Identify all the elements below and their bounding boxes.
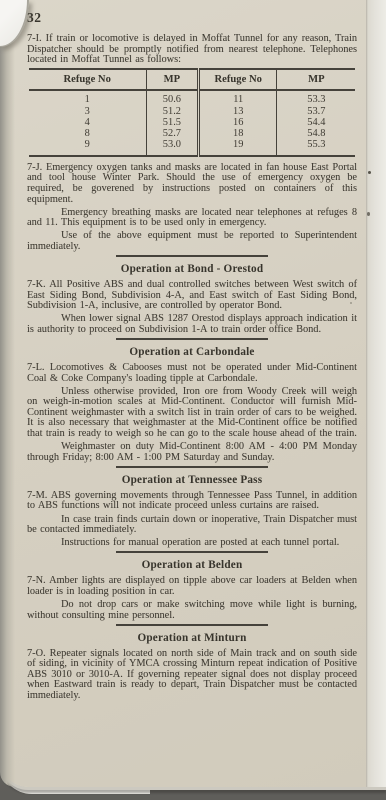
table-cell: 8 <box>29 128 147 139</box>
col-header-refuge-no-1: Refuge No <box>29 69 147 90</box>
heading-tennessee-pass: Operation at Tennessee Pass <box>27 474 357 486</box>
para-7j-2: Emergency breathing masks are located ne… <box>27 208 357 229</box>
table-cell: 19 <box>199 139 277 155</box>
para-7j-1: 7-J. Emergency oxygen tanks and masks ar… <box>27 163 357 205</box>
section-divider <box>116 338 268 340</box>
table-cell: 53.3 <box>277 90 355 105</box>
para-7l-3: Weighmaster on duty Mid-Continent 8:00 A… <box>27 442 357 463</box>
adjacent-page-edge <box>366 0 386 787</box>
table-cell: 9 <box>29 139 147 155</box>
table-cell: 54.4 <box>277 117 355 128</box>
table-cell: 53.7 <box>277 106 355 117</box>
table-row: 4 51.5 16 54.4 <box>29 117 356 128</box>
table-cell: 4 <box>29 117 147 128</box>
page-content: 32 7-I. If train or locomotive is delaye… <box>27 8 357 704</box>
table-row: 9 53.0 19 55.3 <box>29 139 356 155</box>
heading-carbondale: Operation at Carbondale <box>27 346 357 358</box>
para-7j-3: Use of the above equipment must be repor… <box>27 231 357 252</box>
para-7l-2: Unless otherwise provided, Iron ore from… <box>27 387 357 440</box>
table-row: 3 51.2 13 53.7 <box>29 106 356 117</box>
scanned-timetable-page: 32 7-I. If train or locomotive is delaye… <box>0 0 386 800</box>
heading-minturn: Operation at Minturn <box>27 632 357 644</box>
para-7m-1: 7-M. ABS governing movements through Ten… <box>27 491 357 512</box>
section-divider <box>116 551 268 553</box>
page-number: 32 <box>27 10 357 26</box>
col-header-refuge-no-2: Refuge No <box>199 69 277 90</box>
para-7k-1: 7-K. All Positive ABS and dual controlle… <box>27 280 357 312</box>
para-7k-2: When lower signal ABS 1287 Orestod displ… <box>27 314 357 335</box>
table-cell: 51.2 <box>146 106 198 117</box>
col-header-mp-1: MP <box>146 69 198 90</box>
table-cell: 18 <box>199 128 277 139</box>
scan-speck <box>350 302 352 304</box>
heading-belden: Operation at Belden <box>27 559 357 571</box>
table-cell: 52.7 <box>146 128 198 139</box>
table-cell: 16 <box>199 117 277 128</box>
para-7n-1: 7-N. Amber lights are displayed on tippl… <box>27 576 357 597</box>
table-cell: 1 <box>29 90 147 105</box>
table-cell: 53.0 <box>146 139 198 155</box>
table-cell: 51.5 <box>146 117 198 128</box>
scan-speck <box>367 212 370 216</box>
para-7n-2: Do not drop cars or make switching move … <box>27 600 357 621</box>
col-header-mp-2: MP <box>277 69 355 90</box>
table-cell: 3 <box>29 106 147 117</box>
table-cell: 11 <box>199 90 277 105</box>
section-divider <box>116 624 268 626</box>
table-cell: 50.6 <box>146 90 198 105</box>
scan-speck <box>368 171 371 174</box>
heading-bond-orestod: Operation at Bond - Orestod <box>27 263 357 275</box>
table-header-row: Refuge No MP Refuge No MP <box>29 69 356 90</box>
refuge-telephone-table: Refuge No MP Refuge No MP 1 50.6 11 53.3… <box>29 68 356 156</box>
table-cell: 13 <box>199 106 277 117</box>
para-7l-1: 7-L. Locomotives & Cabooses must not be … <box>27 363 357 384</box>
section-divider <box>116 255 268 257</box>
section-divider <box>116 466 268 468</box>
table-cell: 54.8 <box>277 128 355 139</box>
para-7i: 7-I. If train or locomotive is delayed i… <box>27 34 357 66</box>
para-7m-2: In case train finds curtain down or inop… <box>27 515 357 536</box>
binding-shadow <box>0 0 15 787</box>
paper-page: 32 7-I. If train or locomotive is delaye… <box>0 0 386 787</box>
para-7o-1: 7-O. Repeater signals located on north s… <box>27 649 357 702</box>
table-cell: 55.3 <box>277 139 355 155</box>
table-row: 8 52.7 18 54.8 <box>29 128 356 139</box>
para-7m-3: Instructions for manual operation are po… <box>27 538 357 549</box>
table-row: 1 50.6 11 53.3 <box>29 90 356 105</box>
